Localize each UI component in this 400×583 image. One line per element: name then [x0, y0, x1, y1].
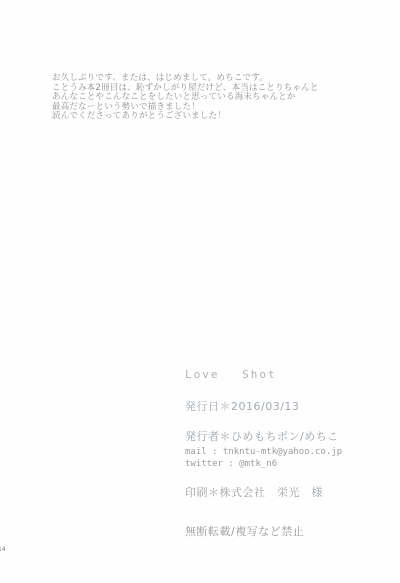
colophon-block: Love Shot 発行日＊2016/03/13 発行者＊ひめもちポン/めちこ … [185, 368, 385, 539]
publisher-name: 発行者＊ひめもちポン/めちこ [185, 428, 385, 444]
mail-address: mail : tnkntu-mtk@yahoo.co.jp [185, 446, 385, 458]
afterword-line: 読んでくださってありがとうございました！ [52, 112, 352, 122]
publish-date: 発行日＊2016/03/13 [185, 398, 385, 414]
afterword-paragraph: お久しぶりです、または、はじめまして。めちこです。 ことうみ本2冊目は、恥ずかし… [52, 74, 352, 122]
book-title: Love Shot [185, 368, 385, 381]
twitter-handle: twitter : @mtk_n6 [185, 458, 385, 470]
printer-credit: 印刷＊株式会社 栄光 様 [185, 484, 385, 500]
page-number-marker: 14 [0, 546, 6, 553]
scanned-doujinshi-page: お久しぶりです、または、はじめまして。めちこです。 ことうみ本2冊目は、恥ずかし… [0, 0, 400, 583]
copyright-notice: 無断転載/複写など禁止 [185, 523, 385, 539]
